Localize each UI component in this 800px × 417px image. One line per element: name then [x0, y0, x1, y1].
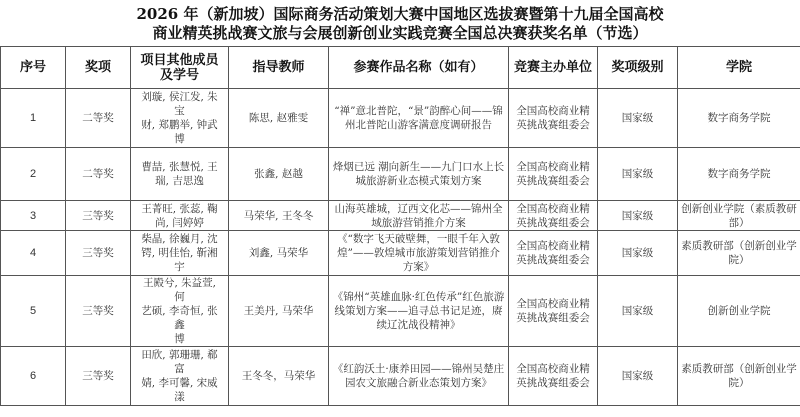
- cell-advisors: 陈思, 赵雅雯: [229, 89, 329, 148]
- table-header-row: 序号 奖项 项目其他成员 及学号 指导教师 参赛作品名称（如有） 竞赛主办单位 …: [1, 47, 800, 89]
- cell-organizer: 全国高校商业精英挑战赛组委会: [509, 231, 598, 276]
- cell-members: 王菁旺, 张蕊, 鞠 尚, 闫婷婷: [131, 201, 229, 231]
- cell-organizer: 全国高校商业精英挑战赛组委会: [509, 276, 598, 347]
- cell-award: 三等奖: [66, 347, 131, 406]
- cell-index: 5: [1, 276, 66, 347]
- cell-advisors: 张鑫, 赵越: [229, 148, 329, 201]
- cell-college: 素质教研部（创新创业学院）: [678, 347, 800, 406]
- cell-organizer: 全国高校商业精英挑战赛组委会: [509, 148, 598, 201]
- header-advisors: 指导教师: [229, 47, 329, 89]
- header-college: 学院: [678, 47, 800, 89]
- header-award: 奖项: [66, 47, 131, 89]
- cell-level: 国家级: [598, 148, 678, 201]
- cell-work: 《红韵沃土·康养田园——锦州吴楚庄园农文旅融合新业态策划方案》: [329, 347, 509, 406]
- table-row: 5 三等奖 王殿兮, 朱益萱, 何 艺硕, 李奇恒, 张 鑫 博 王美丹, 马荣…: [1, 276, 800, 347]
- cell-members: 田欣, 郭珊珊, 郗 富 婧, 李可馨, 宋威 漾: [131, 347, 229, 406]
- cell-work: 山海英雄城，辽西文化芯——锦州全域旅游营销推介方案: [329, 201, 509, 231]
- cell-level: 国家级: [598, 201, 678, 231]
- cell-index: 4: [1, 231, 66, 276]
- cell-index: 1: [1, 89, 66, 148]
- document-title: 2026 年（新加坡）国际商务活动策划大赛中国地区选拔赛暨第十九届全国高校 商业…: [0, 0, 800, 46]
- cell-award: 三等奖: [66, 231, 131, 276]
- cell-organizer: 全国高校商业精英挑战赛组委会: [509, 347, 598, 406]
- table-row: 4 三等奖 柴晶, 徐巍月, 沈 锷, 明佳怡, 靳湘 宇 刘鑫, 马荣华 《“…: [1, 231, 800, 276]
- cell-advisors: 马荣华, 王冬冬: [229, 201, 329, 231]
- cell-index: 3: [1, 201, 66, 231]
- table-row: 6 三等奖 田欣, 郭珊珊, 郗 富 婧, 李可馨, 宋威 漾 王冬冬，马荣华 …: [1, 347, 800, 406]
- cell-award: 二等奖: [66, 89, 131, 148]
- cell-index: 6: [1, 347, 66, 406]
- cell-members: 王殿兮, 朱益萱, 何 艺硕, 李奇恒, 张 鑫 博: [131, 276, 229, 347]
- cell-level: 国家级: [598, 231, 678, 276]
- cell-work: 《“数字飞天破壁舞，一眼千年入敦煌”——敦煌城市旅游策划营销推介方案》: [329, 231, 509, 276]
- cell-work: “禅”意北普陀，“景”韵醉心间——锦州北普陀山游客满意度调研报告: [329, 89, 509, 148]
- cell-members: 柴晶, 徐巍月, 沈 锷, 明佳怡, 靳湘 宇: [131, 231, 229, 276]
- awards-table: 序号 奖项 项目其他成员 及学号 指导教师 参赛作品名称（如有） 竞赛主办单位 …: [0, 46, 800, 406]
- cell-level: 国家级: [598, 89, 678, 148]
- cell-college: 数字商务学院: [678, 148, 800, 201]
- cell-members: 曹喆, 张慧悦, 王 瑞, 吉思逸: [131, 148, 229, 201]
- cell-award: 三等奖: [66, 276, 131, 347]
- header-work: 参赛作品名称（如有）: [329, 47, 509, 89]
- cell-award: 三等奖: [66, 201, 131, 231]
- cell-organizer: 全国高校商业精英挑战赛组委会: [509, 89, 598, 148]
- cell-level: 国家级: [598, 276, 678, 347]
- cell-advisors: 刘鑫, 马荣华: [229, 231, 329, 276]
- cell-advisors: 王美丹, 马荣华: [229, 276, 329, 347]
- table-row: 3 三等奖 王菁旺, 张蕊, 鞠 尚, 闫婷婷 马荣华, 王冬冬 山海英雄城，辽…: [1, 201, 800, 231]
- header-members: 项目其他成员 及学号: [131, 47, 229, 89]
- table-row: 2 二等奖 曹喆, 张慧悦, 王 瑞, 吉思逸 张鑫, 赵越 烽烟已远 潮向新生…: [1, 148, 800, 201]
- cell-award: 二等奖: [66, 148, 131, 201]
- cell-work: 烽烟已远 潮向新生——九门口水上长城旅游新业态模式策划方案: [329, 148, 509, 201]
- table-row: 1 二等奖 刘璇, 侯江发, 朱 宝 财, 郑鹏举, 钟武 博 陈思, 赵雅雯 …: [1, 89, 800, 148]
- cell-work: 《锦州“英雄血脉·红色传承”红色旅游线策划方案——追寻总书记足迹，赓续辽沈战役精…: [329, 276, 509, 347]
- cell-index: 2: [1, 148, 66, 201]
- cell-organizer: 全国高校商业精英挑战赛组委会: [509, 201, 598, 231]
- cell-college: 创新创业学院（素质教研部）: [678, 201, 800, 231]
- cell-college: 数字商务学院: [678, 89, 800, 148]
- header-index: 序号: [1, 47, 66, 89]
- cell-level: 国家级: [598, 347, 678, 406]
- cell-college: 创新创业学院: [678, 276, 800, 347]
- cell-members: 刘璇, 侯江发, 朱 宝 财, 郑鹏举, 钟武 博: [131, 89, 229, 148]
- header-organizer: 竞赛主办单位: [509, 47, 598, 89]
- cell-advisors: 王冬冬，马荣华: [229, 347, 329, 406]
- cell-college: 素质教研部（创新创业学院）: [678, 231, 800, 276]
- title-line-1: 2026 年（新加坡）国际商务活动策划大赛中国地区选拔赛暨第十九届全国高校: [0, 5, 800, 24]
- header-level: 奖项级别: [598, 47, 678, 89]
- title-line-2: 商业精英挑战赛文旅与会展创新创业实践竞赛全国总决赛获奖名单（节选）: [0, 24, 800, 43]
